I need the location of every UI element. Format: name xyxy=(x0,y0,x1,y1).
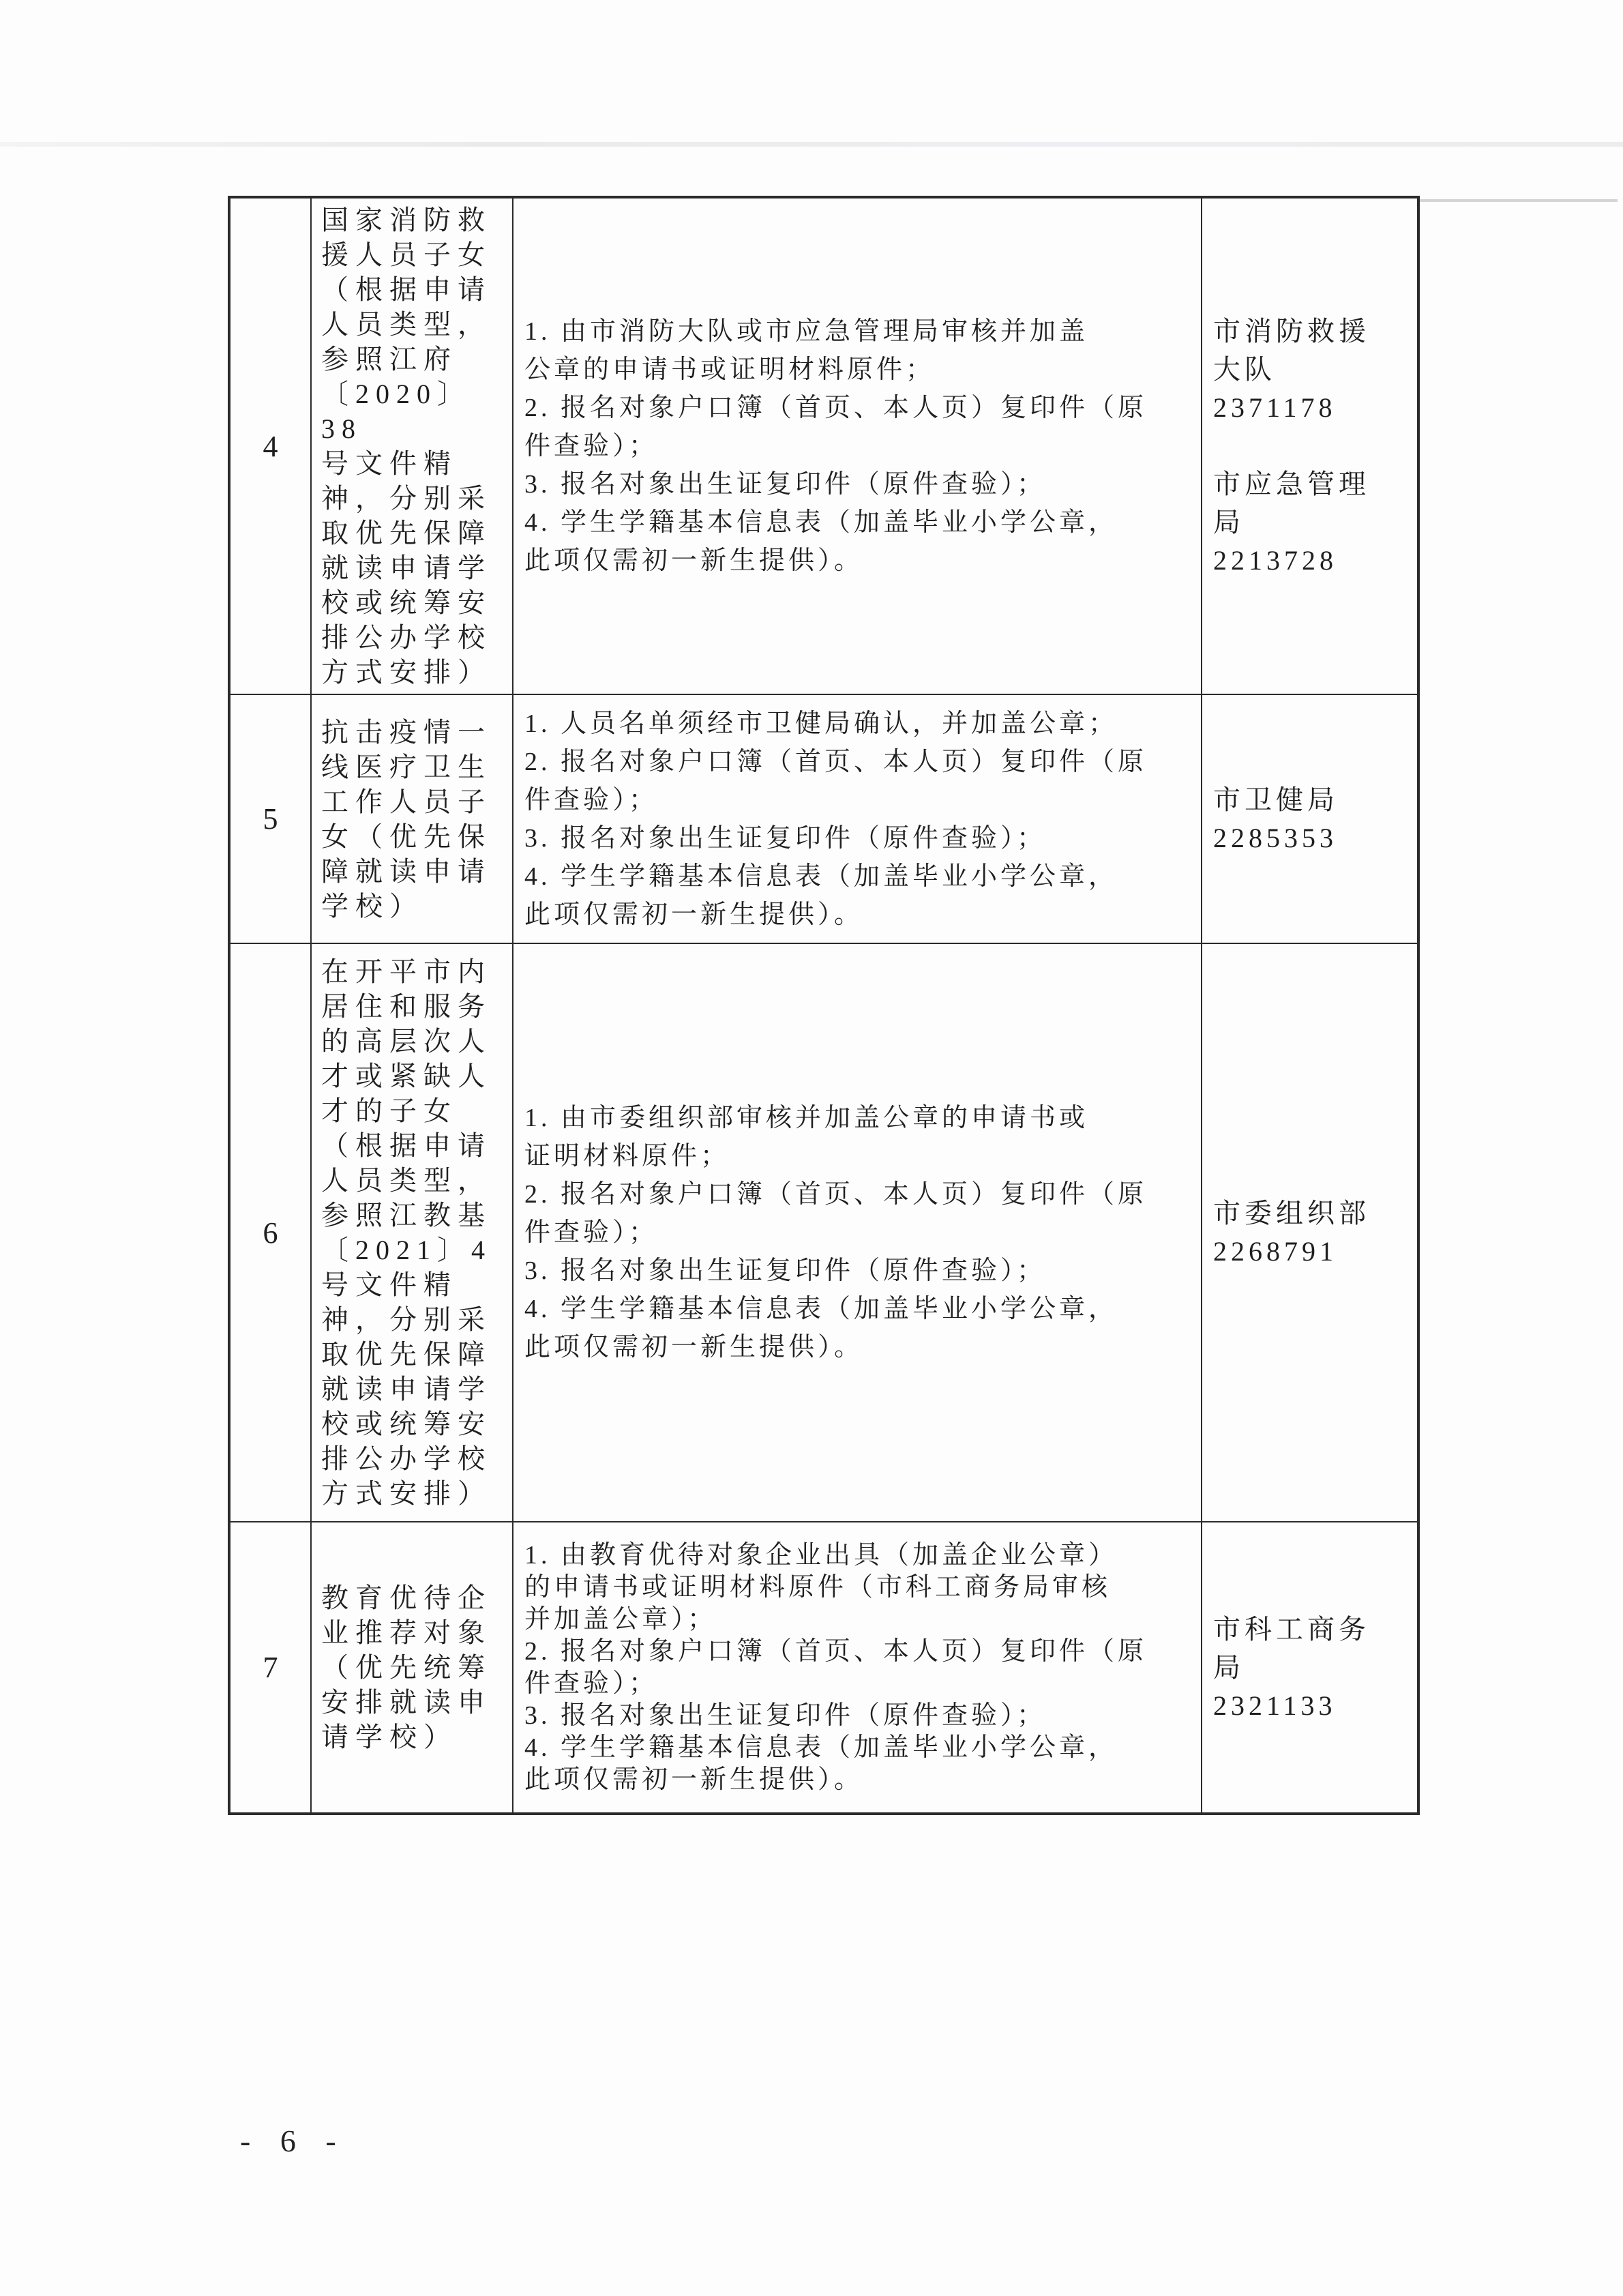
materials-cell: 1. 由市消防大队或市应急管理局审核并加盖 公章的申请书或证明材料原件； 2. … xyxy=(513,197,1202,694)
table-row: 5 抗击疫情一 线医疗卫生 工作人员子 女（优先保 障就读申请 学校） 1. 人… xyxy=(229,694,1418,943)
row-number: 4 xyxy=(229,197,311,694)
category-text: 抗击疫情一 线医疗卫生 工作人员子 女（优先保 障就读申请 学校） xyxy=(312,711,512,928)
materials-text: 1. 由市委组织部审核并加盖公章的申请书或 证明材料原件； 2. 报名对象户口簿… xyxy=(513,1095,1201,1370)
materials-text: 1. 由教育优待对象企业出具（加盖企业公章） 的申请书或证明材料原件（市科工商务… xyxy=(513,1535,1201,1800)
table-row: 6 在开平市内 居住和服务 的高层次人 才或紧缺人 才的子女 （根据申请 人员类… xyxy=(229,943,1418,1522)
scan-artifact-streak xyxy=(0,142,1623,147)
materials-text: 1. 人员名单须经市卫健局确认，并加盖公章； 2. 报名对象户口簿（首页、本人页… xyxy=(513,701,1201,938)
agency-cell: 市卫健局 2285353 xyxy=(1202,694,1418,943)
category-text: 国家消防救 援人员子女 （根据申请 人员类型， 参照江府 〔2020〕38 号文… xyxy=(312,198,512,694)
agency-text: 市消防救援 大队 2371178 市应急管理 局 2213728 xyxy=(1202,308,1417,584)
materials-cell: 1. 由教育优待对象企业出具（加盖企业公章） 的申请书或证明材料原件（市科工商务… xyxy=(513,1522,1202,1814)
agency-text: 市卫健局 2285353 xyxy=(1202,777,1417,862)
row-number: 5 xyxy=(229,694,311,943)
category-cell: 教育优待企 业推荐对象 （优先统筹 安排就读申 请学校） xyxy=(311,1522,513,1814)
category-cell: 国家消防救 援人员子女 （根据申请 人员类型， 参照江府 〔2020〕38 号文… xyxy=(311,197,513,694)
materials-cell: 1. 由市委组织部审核并加盖公章的申请书或 证明材料原件； 2. 报名对象户口簿… xyxy=(513,943,1202,1522)
agency-cell: 市委组织部 2268791 xyxy=(1202,943,1418,1522)
category-text: 在开平市内 居住和服务 的高层次人 才或紧缺人 才的子女 （根据申请 人员类型，… xyxy=(312,950,512,1515)
category-cell: 在开平市内 居住和服务 的高层次人 才或紧缺人 才的子女 （根据申请 人员类型，… xyxy=(311,943,513,1522)
table-row: 7 教育优待企 业推荐对象 （优先统筹 安排就读申 请学校） 1. 由教育优待对… xyxy=(229,1522,1418,1814)
agency-cell: 市消防救援 大队 2371178 市应急管理 局 2213728 xyxy=(1202,197,1418,694)
materials-cell: 1. 人员名单须经市卫健局确认，并加盖公章； 2. 报名对象户口簿（首页、本人页… xyxy=(513,694,1202,943)
row-number: 7 xyxy=(229,1522,311,1814)
scan-artifact-line xyxy=(1417,199,1618,202)
agency-cell: 市科工商务 局 2321133 xyxy=(1202,1522,1418,1814)
table-row: 4 国家消防救 援人员子女 （根据申请 人员类型， 参照江府 〔2020〕38 … xyxy=(229,197,1418,694)
page-number: - 6 - xyxy=(240,2123,347,2159)
enrollment-policy-table: 4 国家消防救 援人员子女 （根据申请 人员类型， 参照江府 〔2020〕38 … xyxy=(228,196,1420,1815)
scanned-document-page: { "page": { "footer_page_number": "- 6 -… xyxy=(0,0,1623,2296)
agency-text: 市委组织部 2268791 xyxy=(1202,1190,1417,1275)
materials-text: 1. 由市消防大队或市应急管理局审核并加盖 公章的申请书或证明材料原件； 2. … xyxy=(513,308,1201,584)
category-cell: 抗击疫情一 线医疗卫生 工作人员子 女（优先保 障就读申请 学校） xyxy=(311,694,513,943)
category-text: 教育优待企 业推荐对象 （优先统筹 安排就读申 请学校） xyxy=(312,1576,512,1758)
row-number: 6 xyxy=(229,943,311,1522)
agency-text: 市科工商务 局 2321133 xyxy=(1202,1606,1417,1729)
